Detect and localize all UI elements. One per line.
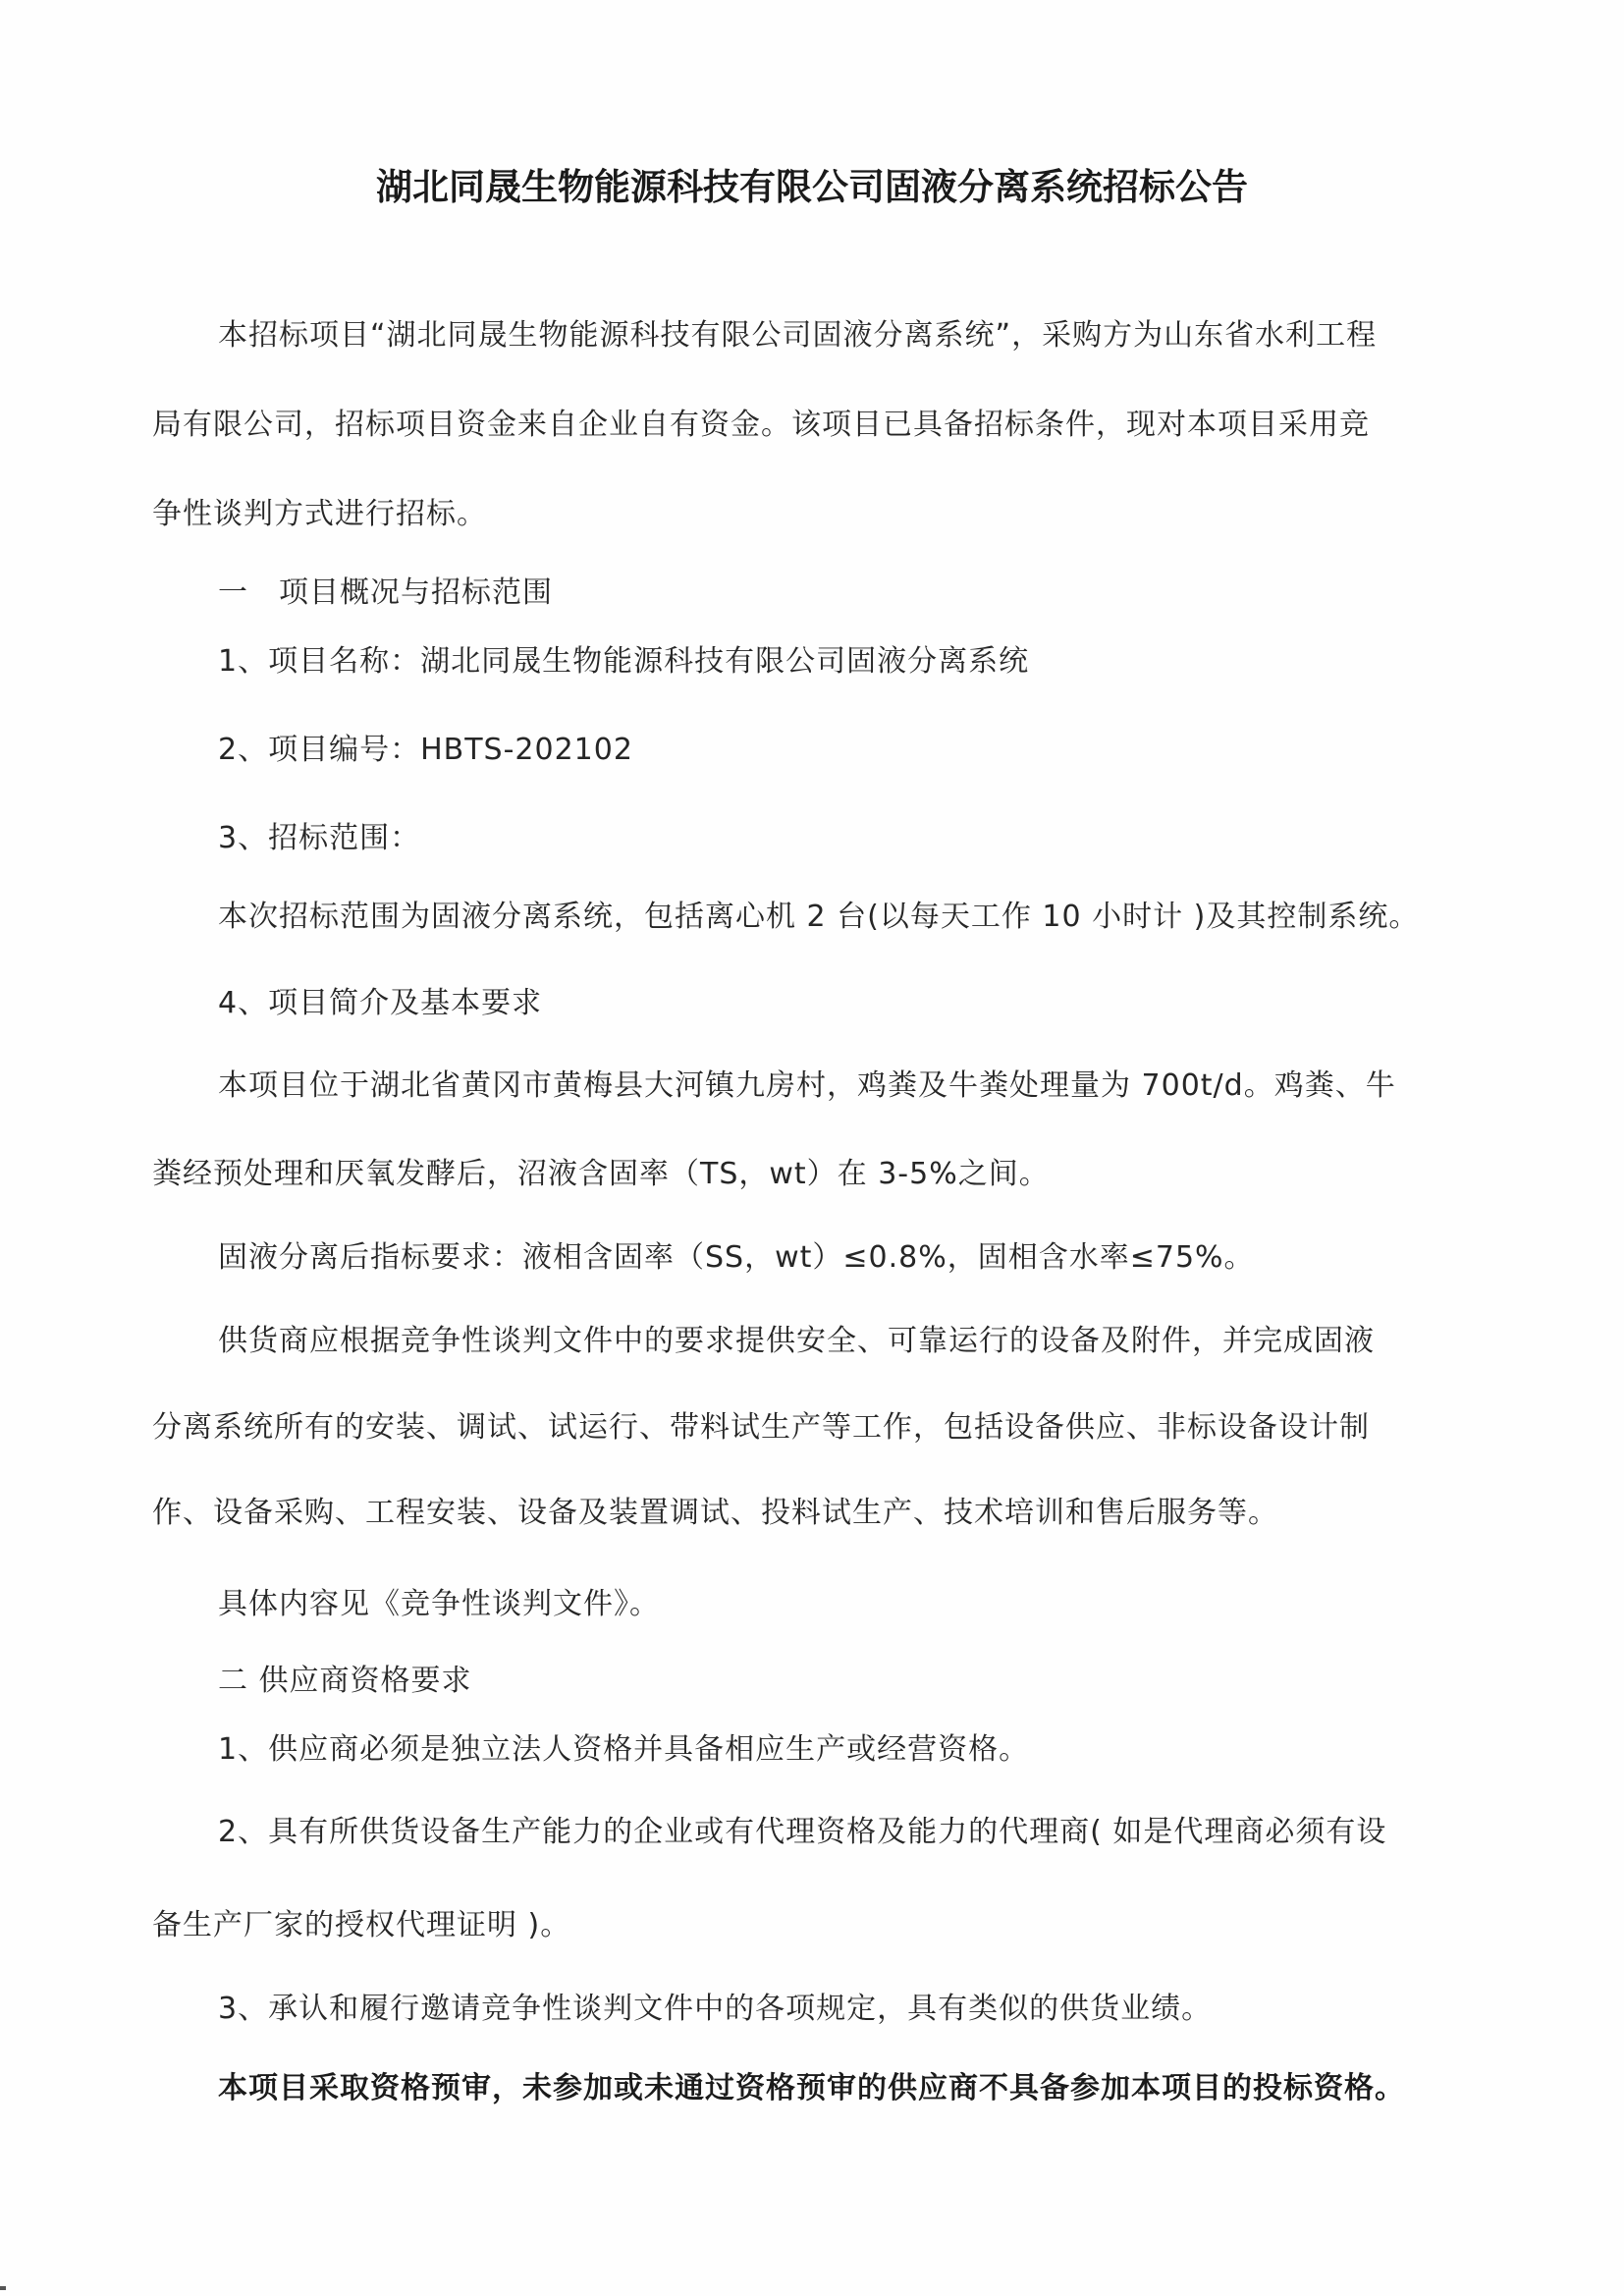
qualification-3: 3、承认和履行邀请竞争性谈判文件中的各项规定，具有类似的供货业绩。 (218, 1990, 1212, 2029)
prequalification-notice: 本项目采取资格预审，未参加或未通过资格预审的供应商不具备参加本项目的投标资格。 (218, 2069, 1405, 2108)
supplier-line-3: 作、设备采购、工程安装、设备及装置调试、投料试生产、技术培训和售后服务等。 (152, 1494, 1278, 1533)
section2-heading: 二 供应商资格要求 (218, 1662, 472, 1701)
section1-heading: 一 项目概况与招标范围 (218, 574, 553, 613)
details-reference: 具体内容见《竞争性谈判文件》。 (218, 1585, 660, 1624)
project-number: 2、项目编号：HBTS-202102 (218, 731, 633, 770)
qualification-2-line-1: 2、具有所供货设备生产能力的企业或有代理资格及能力的代理商( 如是代理商必须有设 (218, 1813, 1386, 1852)
project-intro-label: 4、项目简介及基本要求 (218, 984, 542, 1023)
intro-line-1: 本招标项目“湖北同晟生物能源科技有限公司固液分离系统”，采购方为山东省水利工程 (218, 316, 1377, 355)
scan-artifact (0, 2286, 6, 2290)
bid-scope-label: 3、招标范围： (218, 819, 420, 858)
document-title: 湖北同晟生物能源科技有限公司固液分离系统招标公告 (0, 157, 1624, 210)
project-name: 1、项目名称：湖北同晟生物能源科技有限公司固液分离系统 (218, 642, 1029, 682)
bid-scope-text: 本次招标范围为固液分离系统，包括离心机 2 台(以每天工作 10 小时计 )及其… (218, 898, 1419, 937)
document-page: 湖北同晟生物能源科技有限公司固液分离系统招标公告 本招标项目“湖北同晟生物能源科… (0, 0, 1624, 2296)
intro-line-3: 争性谈判方式进行招标。 (152, 495, 487, 534)
qualification-2-line-2: 备生产厂家的授权代理证明 )。 (152, 1906, 570, 1945)
location-line-1: 本项目位于湖北省黄冈市黄梅县大河镇九房村，鸡粪及牛粪处理量为 700t/d。鸡粪… (218, 1066, 1396, 1106)
supplier-line-2: 分离系统所有的安装、调试、试运行、带料试生产等工作，包括设备供应、非标设备设计制 (152, 1408, 1370, 1448)
location-line-2: 粪经预处理和厌氧发酵后，沼液含固率（TS，wt）在 3-5%之间。 (152, 1155, 1050, 1194)
supplier-line-1: 供货商应根据竞争性谈判文件中的要求提供安全、可靠运行的设备及附件，并完成固液 (218, 1322, 1375, 1361)
separation-requirement: 固液分离后指标要求：液相含固率（SS，wt）≤0.8%，固相含水率≤75%。 (218, 1238, 1255, 1278)
qualification-1: 1、供应商必须是独立法人资格并具备相应生产或经营资格。 (218, 1730, 1029, 1770)
intro-line-2: 局有限公司，招标项目资金来自企业自有资金。该项目已具备招标条件，现对本项目采用竞 (152, 406, 1370, 445)
